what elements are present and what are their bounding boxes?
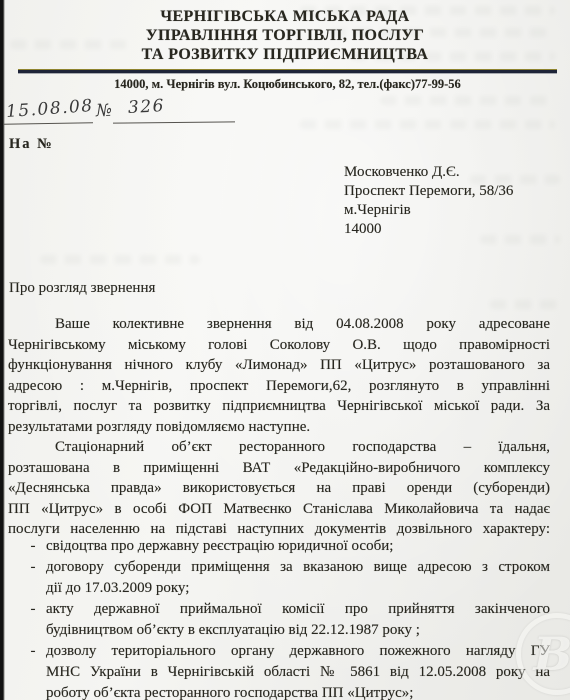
list-item-line: МНС України в Чернігівській області № 58… <box>46 662 550 683</box>
list-item-line: роботу об’єкта ресторанного господарства… <box>46 683 550 700</box>
scanned-letter-page: ЧЕРНІГІВСЬКА МІСЬКА РАДА УПРАВЛІННЯ ТОРГ… <box>0 0 570 700</box>
body-line: адресою : м.Чернігів, проспект Перемоги,… <box>8 376 550 397</box>
permits-list: - свідоцтва про державну реєстрацію юрид… <box>8 536 550 700</box>
handwritten-number-sign: № <box>96 101 113 122</box>
date-underline <box>3 122 93 125</box>
watermark-letter: В <box>534 627 570 681</box>
handwritten-outgoing-number: 326 <box>128 96 166 118</box>
subject-line: Про розгляд звернення <box>9 280 155 297</box>
letterhead-address-line: 14000, м. Чернігів вул. Коцюбинського, 8… <box>20 77 555 92</box>
list-item: - дозволу територіального органу державн… <box>8 641 550 700</box>
list-item-line: дії до 17.03.2009 року; <box>46 578 550 599</box>
letterhead-org-line: ТА РОЗВИТКУ ПІДПРИЄМНИЦТВА <box>40 45 530 64</box>
list-item: - договору суборенди приміщення за вказа… <box>8 557 550 599</box>
list-dash-marker: - <box>27 557 39 578</box>
body-line: Стаціонарний об’єкт ресторанного господа… <box>8 437 550 458</box>
list-item-line: акту державної приймальної комісії про п… <box>46 599 550 620</box>
body-line: «Деснянська правда» використовується на … <box>8 478 550 499</box>
scanner-edge-shadow <box>0 0 5 700</box>
body-line: Чернігівському міському голові Соколову … <box>8 335 550 356</box>
addressee-street: Проспект Перемоги, 58/36 <box>344 182 564 201</box>
bleedthrough-artifact <box>40 255 200 264</box>
list-item-line: будівництвом об’єкту в експлуатацію від … <box>46 620 550 641</box>
list-item-line: дозволу територіального органу державног… <box>46 641 550 662</box>
handwritten-date: 15.08.08 <box>5 96 94 122</box>
reply-to-number-label: На № <box>9 136 54 153</box>
letterhead-divider-rule <box>18 69 557 73</box>
body-line: функціонування нічного клубу «Лимонад» П… <box>8 355 550 376</box>
list-item-line: договору суборенди приміщення за вказано… <box>46 557 550 578</box>
addressee-name: Московченко Д.Є. <box>344 163 564 182</box>
list-dash-marker: - <box>27 641 39 662</box>
addressee-city: м.Чернігів <box>344 201 564 220</box>
bleedthrough-artifact <box>490 300 560 309</box>
body-line: Ваше колективне звернення від 04.08.2008… <box>8 314 550 335</box>
body-line: торгівлі, послуг та розвитку підприємниц… <box>8 396 550 417</box>
bleedthrough-artifact <box>380 96 555 105</box>
body-line: ПП «Цитрус» в особі ФОП Матвеєнко Станіс… <box>8 499 550 520</box>
letterhead-org-line: УПРАВЛІННЯ ТОРГІВЛІ, ПОСЛУГ <box>40 26 530 45</box>
letterhead: ЧЕРНІГІВСЬКА МІСЬКА РАДА УПРАВЛІННЯ ТОРГ… <box>40 7 530 64</box>
paragraph-2: Стаціонарний об’єкт ресторанного господа… <box>8 437 550 540</box>
list-item: - акту державної приймальної комісії про… <box>8 599 550 641</box>
list-dash-marker: - <box>27 536 39 557</box>
list-item: - свідоцтва про державну реєстрацію юрид… <box>8 536 550 557</box>
addressee-block: Московченко Д.Є. Проспект Перемоги, 58/3… <box>344 163 564 239</box>
body-line: результатами розгляду повідомляємо насту… <box>8 417 550 438</box>
reference-row: 15.08.08 № 326 <box>0 97 300 137</box>
bleedthrough-artifact <box>300 120 555 129</box>
letterhead-org-line: ЧЕРНІГІВСЬКА МІСЬКА РАДА <box>40 7 530 26</box>
list-item-line: свідоцтва про державну реєстрацію юридич… <box>46 536 550 557</box>
addressee-postcode: 14000 <box>344 220 564 239</box>
body-line: розташована в приміщенні ВАТ «Редакційно… <box>8 458 550 479</box>
number-underline <box>113 121 235 123</box>
list-dash-marker: - <box>27 599 39 620</box>
paragraph-1: Ваше колективне звернення від 04.08.2008… <box>8 314 550 437</box>
